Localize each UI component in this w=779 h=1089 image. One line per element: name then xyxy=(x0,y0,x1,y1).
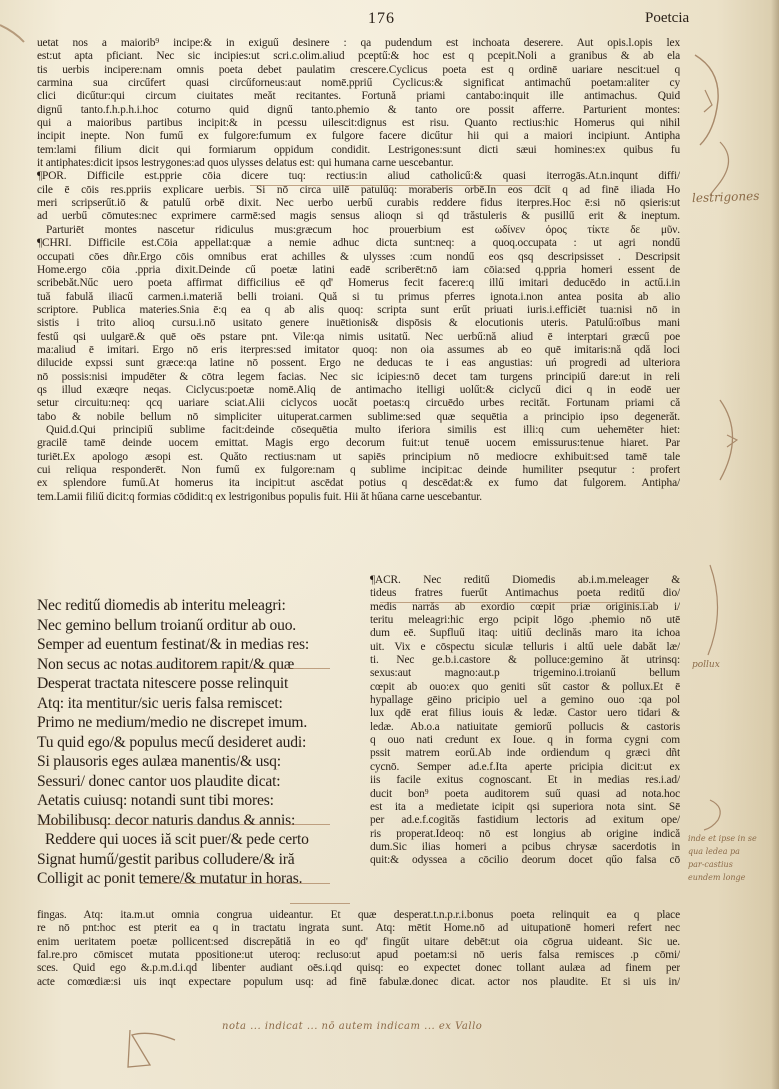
text-line: iis facile exitus cognoscant. Et in medi… xyxy=(370,774,680,787)
ink-underline xyxy=(140,668,330,669)
text-line: turiēt.Ex apologo æsopi est. Quăto recti… xyxy=(37,451,680,464)
text-line: ex splendore fumű.At homerus ita incipit… xyxy=(37,477,680,490)
text-line: dilucide expssi sunt græce:qa latine nō … xyxy=(37,357,680,370)
verse-line: Signat humű/gestit paribus colludere/& i… xyxy=(37,850,367,870)
text-line: re nō pnt:hoc est pterit ea q in tractat… xyxy=(37,922,680,935)
manicule-bracket-icon xyxy=(690,50,730,150)
text-line: tem:lami filium dicit qui formiarum oppi… xyxy=(37,144,680,157)
page-header: 176 Poetcia xyxy=(0,10,779,32)
text-line: ma:aliud ē imitari. Ergo nō eris iterpre… xyxy=(37,344,680,357)
text-line: clici dicűtur:qui circum ciuitates meăt … xyxy=(37,90,680,103)
text-line: per ad.e.f.cogităs fastidium lectoris ad… xyxy=(370,814,680,827)
text-line: setur circuitu:neq: qcq uariare sciat.Al… xyxy=(37,397,680,410)
text-line: Quid.d.Qui principiű sublime facit:deind… xyxy=(37,424,680,437)
text-line: ledæ. Ab.o.a natiuitate gemiorű pollucis… xyxy=(370,721,680,734)
text-line: qs illud exæqre neqas. Ciclycus:poetæ no… xyxy=(37,384,680,397)
ink-underline xyxy=(380,602,650,603)
text-line: quit:& odyssea a cōcilio deorum docet qű… xyxy=(370,854,680,867)
text-line: sces. Quid ego &.p.m.d.i.qd libenter aud… xyxy=(37,962,680,975)
text-line: carmina sua circűfert quasi circűforneus… xyxy=(37,77,680,90)
folio-number: 176 xyxy=(368,10,395,28)
text-line: tis uerbis incipere:nam omnis poeta debe… xyxy=(37,64,680,77)
verse-line: Desperat tractata nitescere posse relinq… xyxy=(37,674,367,694)
text-line: qui a maioribus partibus incipit:& in pc… xyxy=(37,117,680,130)
commentary-top: uetat nos a maiorib⁹ incipe:& in exiguű … xyxy=(37,37,680,504)
verse-line: Atq: ita mentitur/sic ueris falsa remisc… xyxy=(37,694,367,714)
text-line: sexus:aut magno:aut.p trigemino.i.troian… xyxy=(370,667,680,680)
text-line: gracilē tamē deinde uocem emittat. Magis… xyxy=(37,437,680,450)
verse-line: Aetatis cuiusq: notandi sunt tibi mores: xyxy=(37,791,367,811)
verse-line: Nec reditű diomedis ab interitu meleagri… xyxy=(37,596,367,616)
text-line: occupati cōes dñr.Ergo cōis omnibus erat… xyxy=(37,251,680,264)
verse-line: Non secus ac notas auditorem rapit/& quæ xyxy=(37,655,367,675)
text-line: acte comœdiæ:si uis inqt expectare popul… xyxy=(37,976,680,989)
ink-underline xyxy=(290,903,350,904)
text-line: ti. Nec ge.b.i.castore & polluce:gemino … xyxy=(370,654,680,667)
ink-stroke-icon xyxy=(0,20,35,50)
commentary-bottom: fingas. Atq: ita.m.ut omnia congrua uide… xyxy=(37,909,680,989)
text-line: hypallage gēino pricipio uel a gemino ou… xyxy=(370,694,680,707)
verse-line: Si plausoris eges aulæa manentis/& usq: xyxy=(37,752,367,772)
verse-line: Nec gemino bellum troianű orditur ab ouo… xyxy=(37,616,367,636)
text-line: lux qdē erat filius iouis & ledæ. Castor… xyxy=(370,707,680,720)
text-line: fal.re.pro cōmiscet mutata ppositione:ut… xyxy=(37,949,680,962)
text-line: dignű tanto.f.h.p.h.i.hoc coturno quid d… xyxy=(37,104,680,117)
text-line: ¶ACR. Nec reditű Diomedis ab.i.m.meleage… xyxy=(370,574,680,587)
marginal-note-line: par-castius xyxy=(688,858,778,871)
ink-underline xyxy=(140,883,330,884)
text-line: it antiphates:dicit ipsos lestrygones:ad… xyxy=(37,157,680,170)
text-line: tideus fratres fuerűt Antimachus poeta r… xyxy=(370,587,680,600)
manicule-bottom-icon xyxy=(120,1025,180,1075)
verse-line: Primo ne medium/medio ne discrepet imum. xyxy=(37,713,367,733)
text-line: uit. Vix e cōspectu siculæ telluris i al… xyxy=(370,641,680,654)
text-line: dum eē. Supfluű itaq: uitiű declinăs mar… xyxy=(370,627,680,640)
text-line: nō possis:nisi impudēter & cōtra legem f… xyxy=(37,371,680,384)
text-line: tabo & nobile bellum nō simpliciter uitu… xyxy=(37,411,680,424)
bottom-marginal-note: nota ... indicat ... nō autem indicam ..… xyxy=(222,1021,482,1032)
manicule-icon xyxy=(700,795,730,835)
text-line: ad uerbű cōmutes:nec exprimere carmē:sed… xyxy=(37,210,680,223)
verse-line: Semper ad euentum festinat/& in medias r… xyxy=(37,635,367,655)
marginal-note-pollux: pollux xyxy=(692,660,720,670)
text-line: est:ut apta pficiant. Nec sic incipies:u… xyxy=(37,50,680,63)
running-title: Poetcia xyxy=(645,10,689,27)
ink-underline xyxy=(40,824,330,825)
horace-verse-block: Nec reditű diomedis ab interitu meleagri… xyxy=(37,596,367,889)
text-line: enim ueritatem poetæ pollicent:sed discr… xyxy=(37,936,680,949)
text-line: meri scripserűt.iō & patulű orbē dixit. … xyxy=(37,197,680,210)
text-line: est ita a medietate icipit qsi superiora… xyxy=(370,801,680,814)
text-line: teritu meleagri:hic ergo pcipit lōgo .ph… xyxy=(370,614,680,627)
text-line: fingas. Atq: ita.m.ut omnia congrua uide… xyxy=(37,909,680,922)
text-line: festű qsi uulgarē.& quē oēs pstare pnt. … xyxy=(37,331,680,344)
bracket-icon xyxy=(700,140,740,200)
marginal-note-lower: inde et ipse in se qua ledea pa par-cast… xyxy=(688,832,778,884)
text-line: ¶CHRI. Difficile est.Cōia appellat:quæ a… xyxy=(37,237,680,250)
text-line: cycnō. Semper ad.e.f.Ita aperte pricipia… xyxy=(370,761,680,774)
verse-line: Reddere qui uoces iă scit puer/& pede ce… xyxy=(37,830,367,850)
text-line: cœpit ab ouo:ex quo geniti sűt castor & … xyxy=(370,681,680,694)
text-line: ducit bon⁹ poeta auditorem suű quasi ad … xyxy=(370,788,680,801)
text-line: scribebăt.Nűc uero poeta affirmat diffic… xyxy=(37,277,680,290)
text-line: cui reliqua responderēt. Non fumű ex ful… xyxy=(37,464,680,477)
text-line: dum.Sic ilias homeri a pcibus chrysæ sac… xyxy=(370,841,680,854)
ink-underline xyxy=(250,185,550,186)
verse-line: Colligit ac ponit temere/& mutatur in ho… xyxy=(37,869,367,889)
text-line: scriptore. Publica materies.Snia ē:q ea … xyxy=(37,304,680,317)
text-line: q ouo nati credunt ex Ioue. q in forma c… xyxy=(370,734,680,747)
text-line: tem.Lamii filiű dicit:q formias cōdidit:… xyxy=(37,491,680,504)
text-line: pssit matrem eorű.Ab inde ordiendum q gr… xyxy=(370,747,680,760)
book-page: 176 Poetcia uetat nos a maiorib⁹ incipe:… xyxy=(0,0,779,1089)
bracket-icon xyxy=(690,560,730,660)
text-line: incipit inepte. Non fumű ex fulgore:fumu… xyxy=(37,130,680,143)
text-line: Parturiēt montes nascetur ridiculus mus:… xyxy=(37,224,680,237)
bracket-icon xyxy=(715,395,755,485)
verse-line: Sessuri/ donec cantor uos plaudite dicat… xyxy=(37,772,367,792)
marginal-note-line: eundem longe xyxy=(688,871,778,884)
commentary-right-column: ¶ACR. Nec reditű Diomedis ab.i.m.meleage… xyxy=(370,574,680,868)
text-line: sistis i trito alioq cursu.i.nō usitato … xyxy=(37,317,680,330)
verse-line: Tu quid ego/& populus mecű desideret aud… xyxy=(37,733,367,753)
verse-line: Mobilibusq: decor naturis dandus & annis… xyxy=(37,811,367,831)
text-line: uetat nos a maiorib⁹ incipe:& in exiguű … xyxy=(37,37,680,50)
page-gutter-shadow xyxy=(771,0,779,1089)
marginal-note-line: qua ledea pa xyxy=(688,845,778,858)
text-line: ¶POR. Difficile est.pprie cōia dicere tu… xyxy=(37,170,680,183)
text-line: ris properat.Ideoq: nō est longius ab or… xyxy=(370,828,680,841)
text-line: Home.ergo cōia .ppria dixit.Deinde cű po… xyxy=(37,264,680,277)
text-line: tuă fabulă iliacű carmen.i.materiă belli… xyxy=(37,291,680,304)
